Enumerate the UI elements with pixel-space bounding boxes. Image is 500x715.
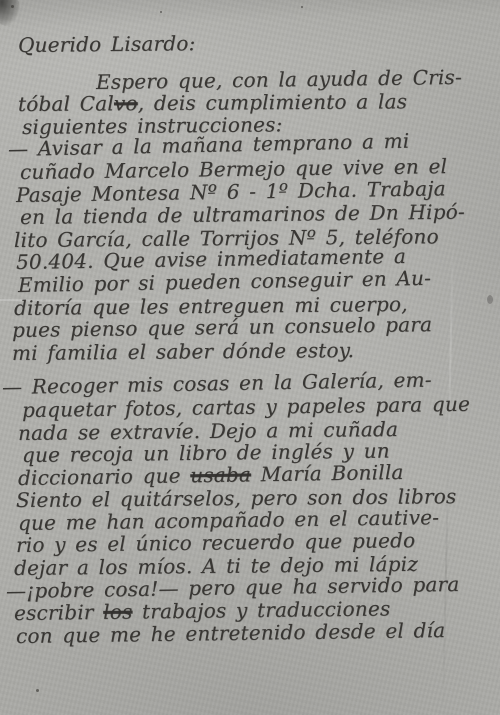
paper-speck xyxy=(301,6,303,8)
letter-line: con que me he entretenido desde el día xyxy=(16,618,500,647)
struck-word: los xyxy=(103,600,133,624)
line-text: pues pienso que será un consuelo para xyxy=(12,312,432,342)
salutation-line: Querido Lisardo: xyxy=(18,29,500,57)
paper-speck xyxy=(36,689,39,692)
scanned-letter-page: Querido Lisardo: Espero que, con la ayud… xyxy=(0,0,500,715)
paper-speck xyxy=(160,11,162,13)
letter-line: mi familia el saber dónde estoy. xyxy=(12,337,500,364)
letter-body: Querido Lisardo: Espero que, con la ayud… xyxy=(0,34,500,647)
struck-word: vo xyxy=(114,91,138,115)
line-text: con que me he entretenido desde el día xyxy=(16,618,446,648)
line-text: escribir xyxy=(14,600,103,625)
paper-speck xyxy=(11,5,14,8)
letter-line: pues pienso que será un consuelo para xyxy=(12,312,500,341)
line-text: tóbal Cal xyxy=(18,92,114,117)
line-text: diccionario que xyxy=(18,463,191,490)
struck-word: usaba xyxy=(190,462,251,487)
line-text: María Bonilla xyxy=(251,460,404,486)
line-text: Querido Lisardo: xyxy=(18,31,196,57)
letter-line: Espero que, con la ayuda de Cris- xyxy=(96,65,500,93)
line-text: mi familia el saber dónde estoy. xyxy=(12,338,354,365)
paper-smudge xyxy=(0,0,20,26)
